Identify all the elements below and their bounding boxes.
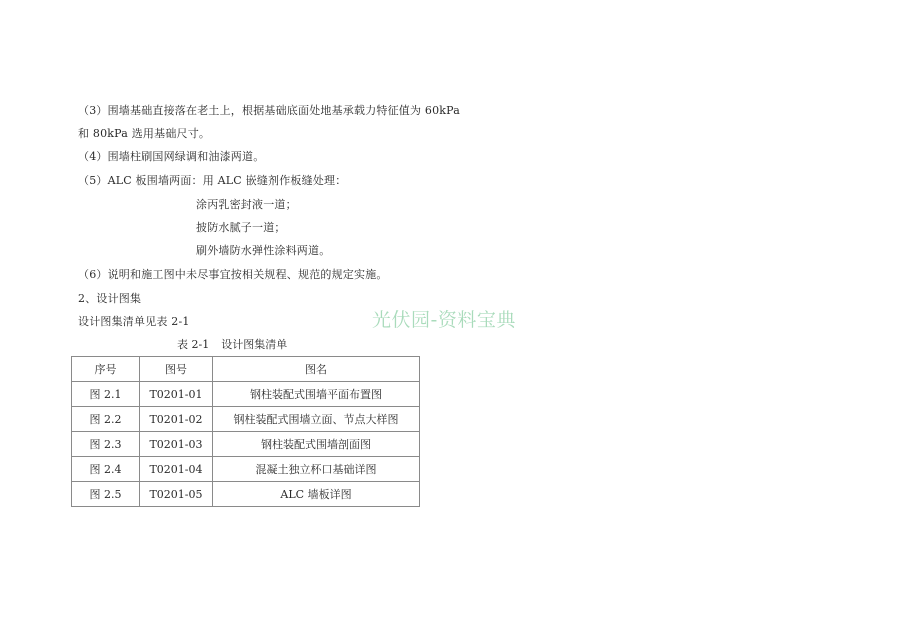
table-row: 图 2.5 T0201-05 ALC 墙板详图	[72, 482, 420, 507]
cell-serial: 图 2.1	[72, 382, 140, 407]
cell-drawing-name: 钢柱装配式围墙平面布置图	[213, 382, 420, 407]
cell-drawing-name: 混凝土独立杯口基础详图	[213, 457, 420, 482]
paragraph-item-3-line-2: 和 80kPa 选用基础尺寸。	[78, 127, 210, 141]
cell-serial: 图 2.4	[72, 457, 140, 482]
section-heading-design-atlas: 2、设计图集	[78, 292, 141, 306]
watermark: 光伏园-资料宝典	[372, 309, 516, 331]
header-serial: 序号	[72, 357, 140, 382]
paragraph-item-6: （6）说明和施工图中未尽事宜按相关规程、规范的规定实施。	[78, 268, 388, 282]
table-header-row: 序号 图号 图名	[72, 357, 420, 382]
table-row: 图 2.2 T0201-02 钢柱装配式围墙立面、节点大样图	[72, 407, 420, 432]
paragraph-item-5-step-2: 披防水腻子一道；	[196, 221, 286, 235]
cell-drawing-number: T0201-01	[140, 382, 213, 407]
paragraph-item-4: （4）围墙柱刷国网绿调和油漆两道。	[78, 150, 264, 164]
cell-drawing-number: T0201-05	[140, 482, 213, 507]
cell-drawing-number: T0201-04	[140, 457, 213, 482]
table-caption-title: 设计图集清单	[221, 338, 287, 351]
paragraph-item-5-step-3: 刷外墙防水弹性涂料两道。	[196, 244, 330, 258]
paragraph-item-3-line-1: （3）围墙基础直接落在老土上，根据基础底面处地基承载力特征值为 60kPa	[78, 104, 460, 118]
cell-serial: 图 2.3	[72, 432, 140, 457]
table-caption: 表 2-1设计图集清单	[177, 338, 287, 352]
paragraph-item-5: （5）ALC 板围墙两面：用 ALC 嵌缝剂作板缝处理：	[78, 174, 346, 188]
cell-drawing-name: 钢柱装配式围墙剖面图	[213, 432, 420, 457]
table-caption-number: 表 2-1	[177, 338, 209, 351]
cell-serial: 图 2.5	[72, 482, 140, 507]
drawing-list-table: 序号 图号 图名 图 2.1 T0201-01 钢柱装配式围墙平面布置图 图 2…	[71, 356, 420, 507]
table-row: 图 2.3 T0201-03 钢柱装配式围墙剖面图	[72, 432, 420, 457]
cell-drawing-number: T0201-02	[140, 407, 213, 432]
cell-drawing-number: T0201-03	[140, 432, 213, 457]
cell-serial: 图 2.2	[72, 407, 140, 432]
section-intro-text: 设计图集清单见表 2-1	[78, 315, 190, 329]
cell-drawing-name: 钢柱装配式围墙立面、节点大样图	[213, 407, 420, 432]
table-row: 图 2.1 T0201-01 钢柱装配式围墙平面布置图	[72, 382, 420, 407]
header-drawing-number: 图号	[140, 357, 213, 382]
cell-drawing-name: ALC 墙板详图	[213, 482, 420, 507]
paragraph-item-5-step-1: 涂丙乳密封液一道；	[196, 198, 297, 212]
header-drawing-name: 图名	[213, 357, 420, 382]
table-row: 图 2.4 T0201-04 混凝土独立杯口基础详图	[72, 457, 420, 482]
